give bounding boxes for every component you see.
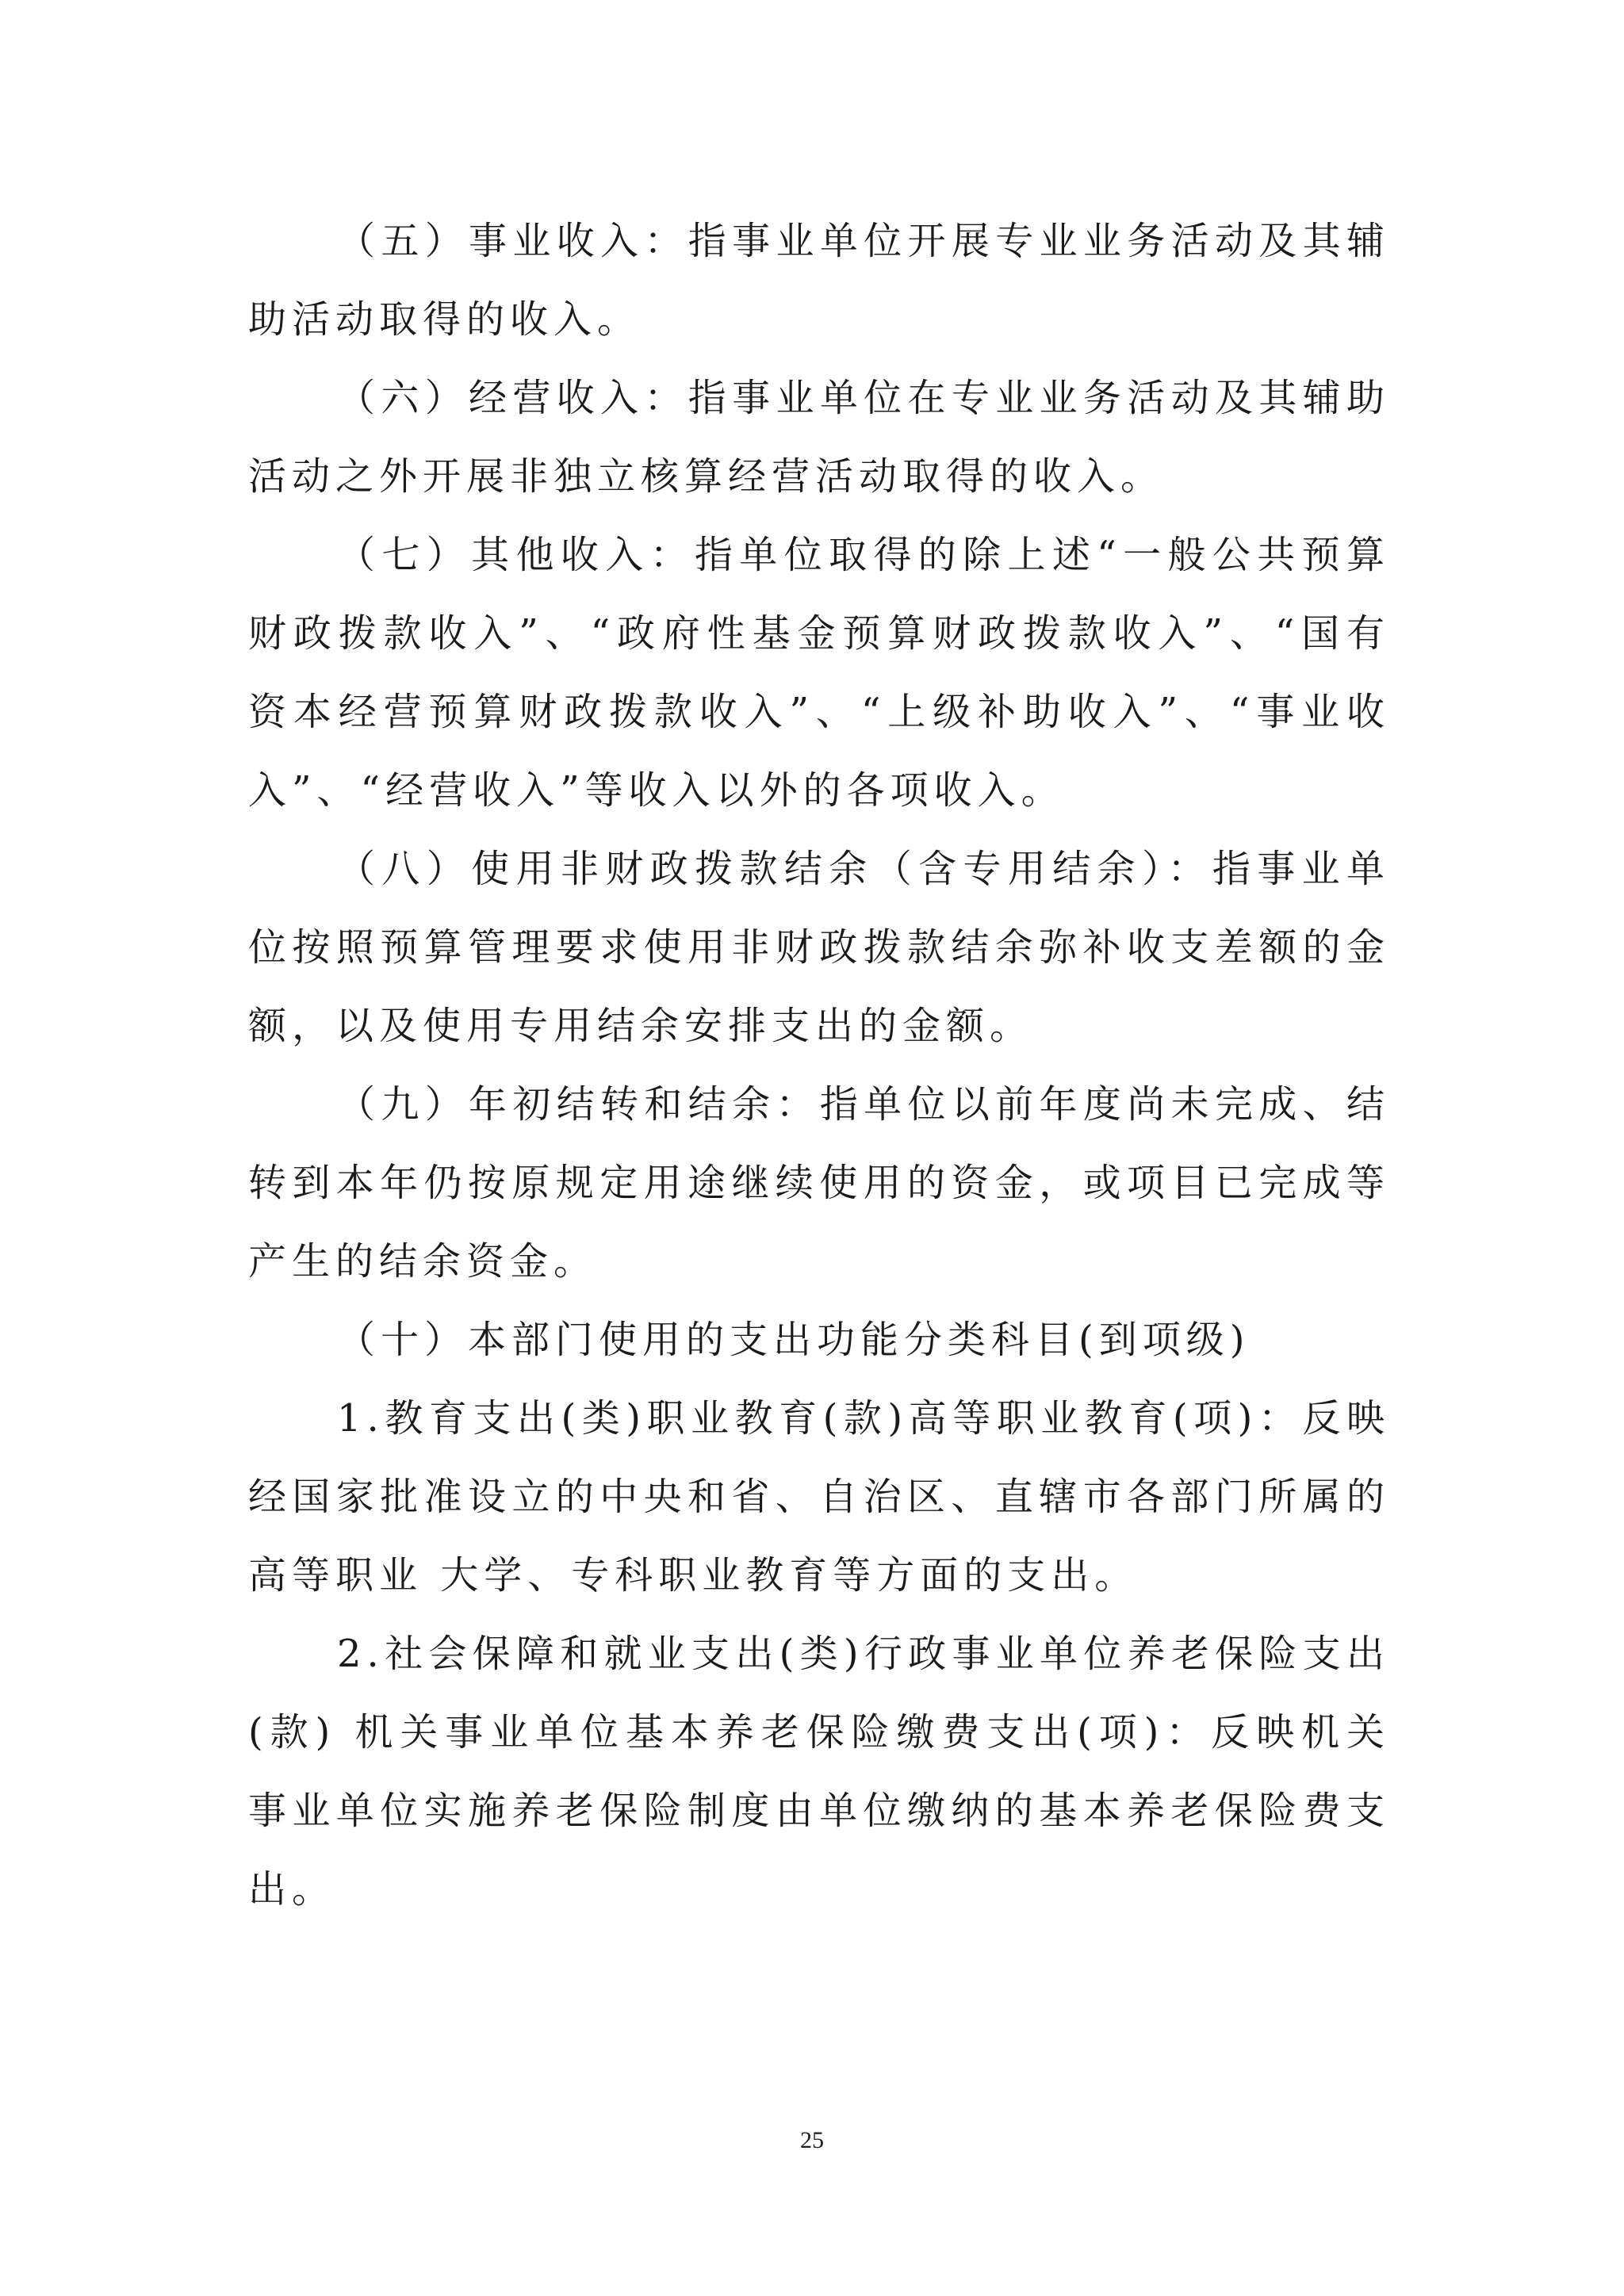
- page-number: 25: [0, 2127, 1624, 2154]
- paragraph-operating-income: （六）经营收入：指事业单位在专业业务活动及其辅助活动之外开展非独立核算经营活动取…: [248, 359, 1390, 516]
- paragraph-expenditure-classification-heading: （十）本部门使用的支出功能分类科目(到项级): [248, 1301, 1390, 1380]
- paragraph-social-security-expenditure: 2.社会保障和就业支出(类)行政事业单位养老保险支出(款) 机关事业单位基本养老…: [248, 1615, 1390, 1929]
- document-body: （五）事业收入：指事业单位开展专业业务活动及其辅助活动取得的收入。 （六）经营收…: [248, 202, 1390, 1929]
- paragraph-education-expenditure: 1.教育支出(类)职业教育(款)高等职业教育(项)：反映经国家批准设立的中央和省…: [248, 1380, 1390, 1615]
- paragraph-non-fiscal-surplus: （八）使用非财政拨款结余（含专用结余）：指事业单位按照预算管理要求使用非财政拨款…: [248, 830, 1390, 1066]
- paragraph-other-income: （七）其他收入：指单位取得的除上述“一般公共预算财政拨款收入”、“政府性基金预算…: [248, 516, 1390, 830]
- paragraph-carryover-balance: （九）年初结转和结余：指单位以前年度尚未完成、结转到本年仍按原规定用途继续使用的…: [248, 1066, 1390, 1301]
- paragraph-business-income: （五）事业收入：指事业单位开展专业业务活动及其辅助活动取得的收入。: [248, 202, 1390, 359]
